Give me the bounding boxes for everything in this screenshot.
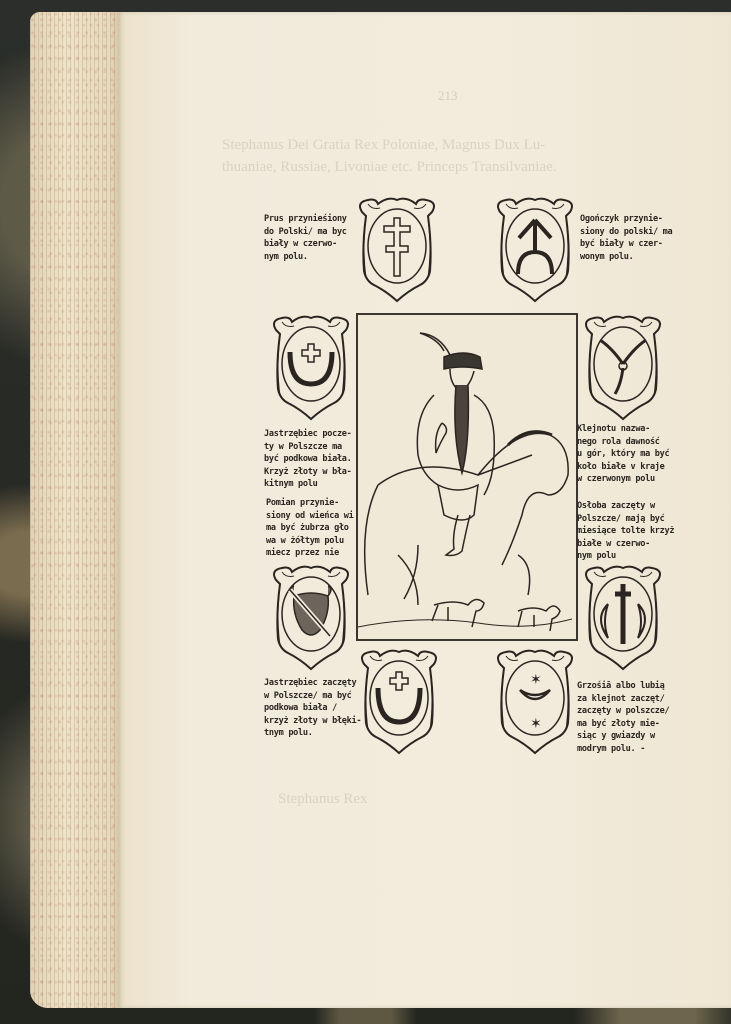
- caption-jastrzebiec: Jastrzębiec pocze- ty w Polszcze ma być …: [264, 428, 352, 491]
- woodcut-horseman-illustration: [356, 313, 578, 641]
- coat-of-arms-jastrzebiec: [274, 317, 348, 419]
- coat-of-arms-ogonczyk: [498, 199, 572, 301]
- caption-leliwa: Grzośiā albo lubią za klejnot zaczęt/ za…: [577, 680, 669, 755]
- caption-ogonczyk: Ogończyk przynie- siony do polski/ ma by…: [580, 213, 672, 263]
- svg-text:✶: ✶: [530, 716, 542, 732]
- coat-of-arms-prus: [360, 199, 434, 301]
- caption-jastrzebiec-2: Jastrzębiec zaczęty w Polszcze/ ma być p…: [264, 677, 361, 740]
- caption-klejnot: Klejnotu nazwa- nego rola dawność u gór,…: [577, 423, 669, 486]
- svg-text:✶: ✶: [530, 672, 542, 688]
- caption-osloba: Osłoba zaczęty w Polszcze/ mają być mies…: [577, 500, 674, 563]
- caption-prus: Prus przynieśiony do Polski/ ma byc biał…: [264, 213, 347, 263]
- coat-of-arms-scythes: [586, 317, 660, 419]
- coat-of-arms-leliwa: ✶ ✶: [498, 651, 572, 753]
- coat-of-arms-ostoja: [586, 567, 660, 669]
- caption-pomian: Pomian przynie- siony od wieńca wi ma by…: [266, 497, 354, 560]
- coat-of-arms-jastrzebiec-2: [362, 651, 436, 753]
- coat-of-arms-pomian: [274, 567, 348, 669]
